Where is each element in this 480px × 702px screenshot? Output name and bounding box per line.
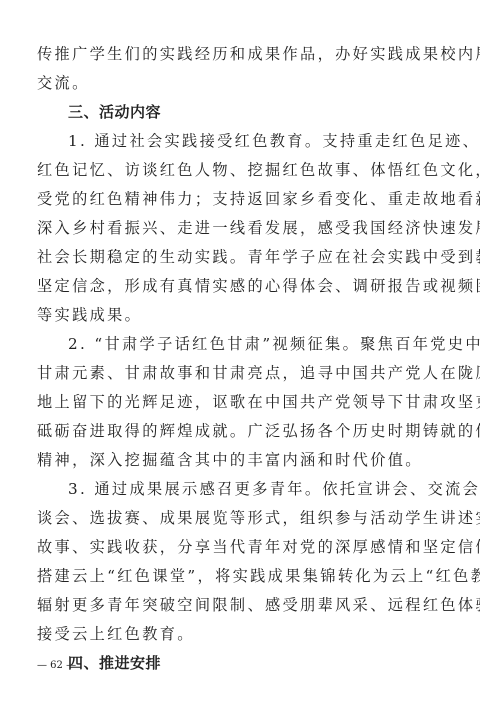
text-line: 深入乡村看振兴、走进一线看发展，感受我国经济快速发展和 (37, 214, 437, 243)
text-line: 社会长期稳定的生动实践。青年学子应在社会实践中受到教育、 (37, 243, 437, 272)
text-line: 传推广学生们的实践经历和成果作品，办好实践成果校内展示 (37, 40, 437, 69)
text-line: 红色记忆、访谈红色人物、挖掘红色故事、体悟红色文化，感 (37, 156, 437, 185)
text-line: 故事、实践收获，分享当代青年对党的深厚感情和坚定信仰； (37, 533, 437, 562)
section-heading: 三、活动内容 (37, 98, 437, 127)
text-line: 砥砺奋进取得的辉煌成就。广泛弘扬各个历史时期铸就的伟大 (37, 417, 437, 446)
text-line: 坚定信念，形成有真情实感的心得体会、调研报告或视频图片 (37, 272, 437, 301)
text-line: 接受云上红色教育。 (37, 620, 437, 649)
text-line: 谈会、选拔赛、成果展览等形式，组织参与活动学生讲述实践 (37, 504, 437, 533)
text-line: 辐射更多青年突破空间限制、感受朋辈风采、远程红色体验， (37, 591, 437, 620)
text-line: 1. 通过社会实践接受红色教育。支持重走红色足迹、追溯 (37, 127, 437, 156)
text-line: 受党的红色精神伟力；支持返回家乡看变化、重走故地看新颜、 (37, 185, 437, 214)
text-line: 甘肃元素、甘肃故事和甘肃亮点，追寻中国共产党人在陇原大 (37, 359, 437, 388)
text-line: 地上留下的光辉足迹，讴歌在中国共产党领导下甘肃攻坚克难、 (37, 388, 437, 417)
text-line: 2. “甘肃学子话红色甘肃”视频征集。聚焦百年党史中的 (37, 330, 437, 359)
section-heading: 四、推进安排 (37, 649, 437, 678)
document-page: 传推广学生们的实践经历和成果作品，办好实践成果校内展示 交流。 三、活动内容 1… (37, 40, 437, 678)
text-line: 交流。 (37, 69, 437, 98)
text-line: 搭建云上“红色课堂”，将实践成果集锦转化为云上“红色教材”， (37, 562, 437, 591)
text-line: 等实践成果。 (37, 301, 437, 330)
page-number: — 62 — (37, 660, 76, 671)
text-line: 精神，深入挖掘蕴含其中的丰富内涵和时代价值。 (37, 446, 437, 475)
text-line: 3. 通过成果展示感召更多青年。依托宣讲会、交流会、座 (37, 475, 437, 504)
